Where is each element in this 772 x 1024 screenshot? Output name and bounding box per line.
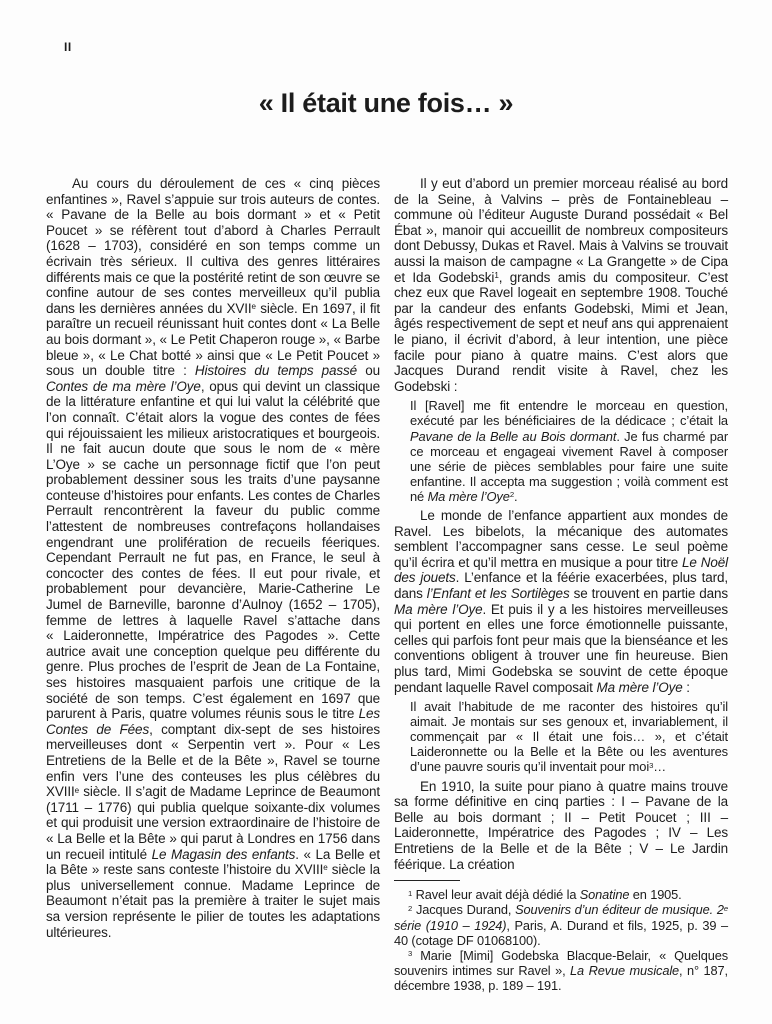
page-title: « Il était une fois… » [0,88,772,119]
left-column: Au cours du déroulement de ces « cinq pi… [46,176,380,994]
footnotes: 1 Ravel leur avait déjà dédié la Sonatin… [394,880,728,993]
right-column-paragraph: Il y eut d’abord un premier morceau réal… [394,176,728,394]
text-columns: Au cours du déroulement de ces « cinq pi… [46,176,728,994]
book-page: II « Il était une fois… » Au cours du dé… [0,0,772,1024]
left-column-paragraph: Au cours du déroulement de ces « cinq pi… [46,176,380,940]
right-column: Il y eut d’abord un premier morceau réal… [394,176,728,994]
right-column-paragraph: En 1910, la suite pour piano à quatre ma… [394,779,728,873]
page-number: II [64,40,72,54]
footnote-3: 3 Marie [Mimi] Godebska Blacque-Belair, … [394,948,728,994]
footnote-separator [394,880,460,881]
durand-quotation: Il [Ravel] me fit entendre le morceau en… [410,398,728,504]
right-column-body: Il y eut d’abord un premier morceau réal… [394,176,728,872]
footnote-1: 1 Ravel leur avait déjà dédié la Sonatin… [394,887,728,902]
godebska-quotation: Il avait l’habitude de me raconter des h… [410,699,728,774]
footnote-list: 1 Ravel leur avait déjà dédié la Sonatin… [394,887,728,993]
right-column-paragraph: Le monde de l’enfance appartient aux mon… [394,508,728,695]
footnote-2: 2 Jacques Durand, Souvenirs d’un éditeur… [394,902,728,948]
